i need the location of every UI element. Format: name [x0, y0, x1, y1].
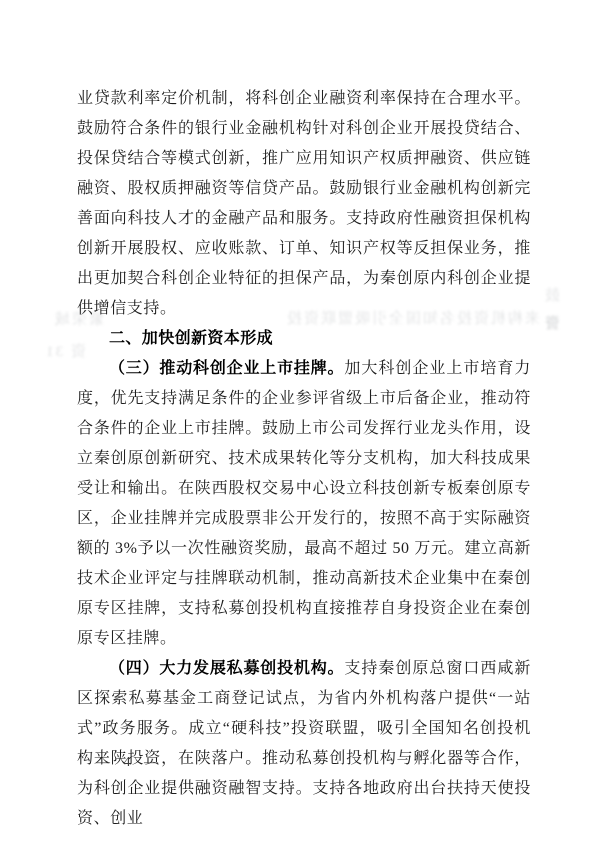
text-run: 业贷款利率定价机制，将科创企业融资利率保持在合理水平。鼓励符合条件的银行业金融机…: [77, 90, 531, 317]
document-body: 业贷款利率定价机制，将科创企业融资利率保持在合理水平。鼓励符合条件的银行业金融机…: [77, 84, 531, 834]
bleedthrough-text: 誉: [536, 310, 560, 338]
paragraph-item-3-listing: （三）推动科创企业上市挂牌。加大科创企业上市培育力度，优先支持满足条件的企业参评…: [77, 354, 531, 654]
text-run: 支持秦创原总窗口西咸新区探索私募基金工商登记试点，为省内外机构落户提供“一站式”…: [77, 660, 531, 827]
scan-speck: [430, 762, 432, 764]
text-run: 加大科创企业上市培育力度，优先支持满足条件的企业参评省级上市后备企业，推动符合条…: [77, 360, 531, 647]
bold-text-run: 二、加快创新资本形成: [109, 330, 273, 347]
paragraph-continued-financing: 业贷款利率定价机制，将科创企业融资利率保持在合理水平。鼓励符合条件的银行业金融机…: [77, 84, 531, 324]
bold-text-run: （四）大力发展私募创投机构。: [109, 660, 344, 677]
bleedthrough-text: 鼓资: [534, 282, 560, 338]
page-number: — 4 —: [96, 755, 163, 771]
scanned-page: 业贷款利率定价机制，将科创企业融资利率保持在合理水平。鼓励符合条件的银行业金融机…: [0, 0, 600, 850]
section-heading-2: 二、加快创新资本形成: [77, 324, 531, 354]
scan-speck: [377, 783, 379, 785]
bold-text-run: （三）推动科创企业上市挂牌。: [109, 360, 344, 377]
paragraph-item-4-venture-capital: （四）大力发展私募创投机构。支持秦创原总窗口西咸新区探索私募基金工商登记试点，为…: [77, 654, 531, 834]
scan-speck: [216, 786, 219, 788]
